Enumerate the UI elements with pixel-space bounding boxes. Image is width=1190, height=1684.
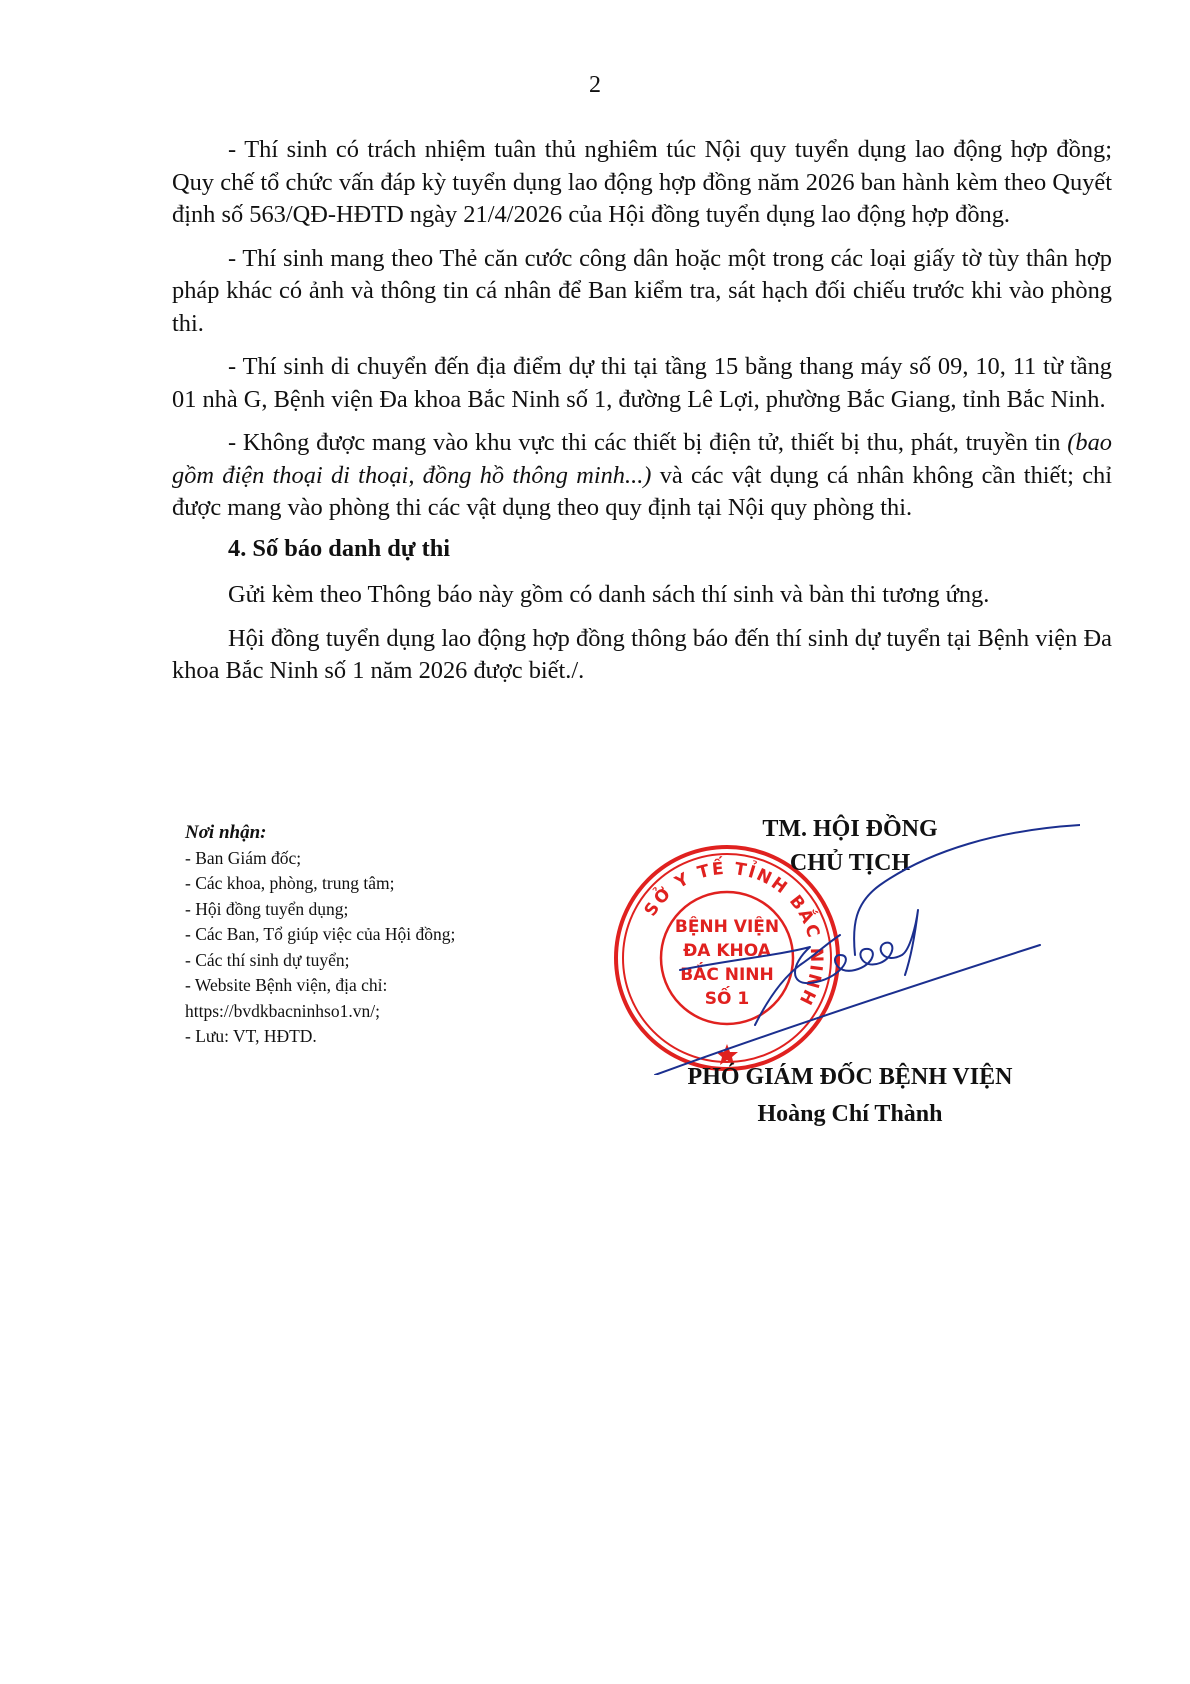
section-4-heading: 4. Số báo danh dự thi [172, 533, 1112, 566]
recipient-item: - Các khoa, phòng, trung tâm; [185, 871, 455, 897]
prohibited-text-start: - Không được mang vào khu vực thi các th… [228, 429, 1067, 456]
section-4-text: Gửi kèm theo Thông báo này gồm có danh s… [172, 579, 1112, 612]
document-body: - Thí sinh có trách nhiệm tuân thủ nghiê… [172, 134, 1112, 699]
signer-name: Hoàng Chí Thành [640, 1097, 1060, 1131]
paragraph-rules: - Thí sinh có trách nhiệm tuân thủ nghiê… [172, 134, 1112, 232]
recipient-item: - Lưu: VT, HĐTD. [185, 1024, 455, 1050]
paragraph-prohibited-items: - Không được mang vào khu vực thi các th… [172, 427, 1112, 525]
recipient-item: - Ban Giám đốc; [185, 846, 455, 872]
recipient-item: - Hội đồng tuyển dụng; [185, 897, 455, 923]
recipient-item: - Các Ban, Tổ giúp việc của Hội đồng; [185, 922, 455, 948]
paragraph-id-card: - Thí sinh mang theo Thẻ căn cước công d… [172, 243, 1112, 341]
recipients-title: Nơi nhận: [185, 820, 455, 846]
paragraph-location: - Thí sinh di chuyển đến địa điểm dự thi… [172, 351, 1112, 416]
recipient-item: - Website Bệnh viện, địa chỉ: [185, 973, 455, 999]
page-number: 2 [0, 72, 1190, 99]
recipients-block: Nơi nhận: - Ban Giám đốc; - Các khoa, ph… [185, 820, 455, 1050]
recipient-item: - Các thí sinh dự tuyển; [185, 948, 455, 974]
handwritten-signature-icon [640, 815, 1080, 1075]
recipient-website-link[interactable]: https://bvdkbacninhso1.vn/; [185, 999, 455, 1025]
closing-paragraph: Hội đồng tuyển dụng lao động hợp đồng th… [172, 623, 1112, 688]
